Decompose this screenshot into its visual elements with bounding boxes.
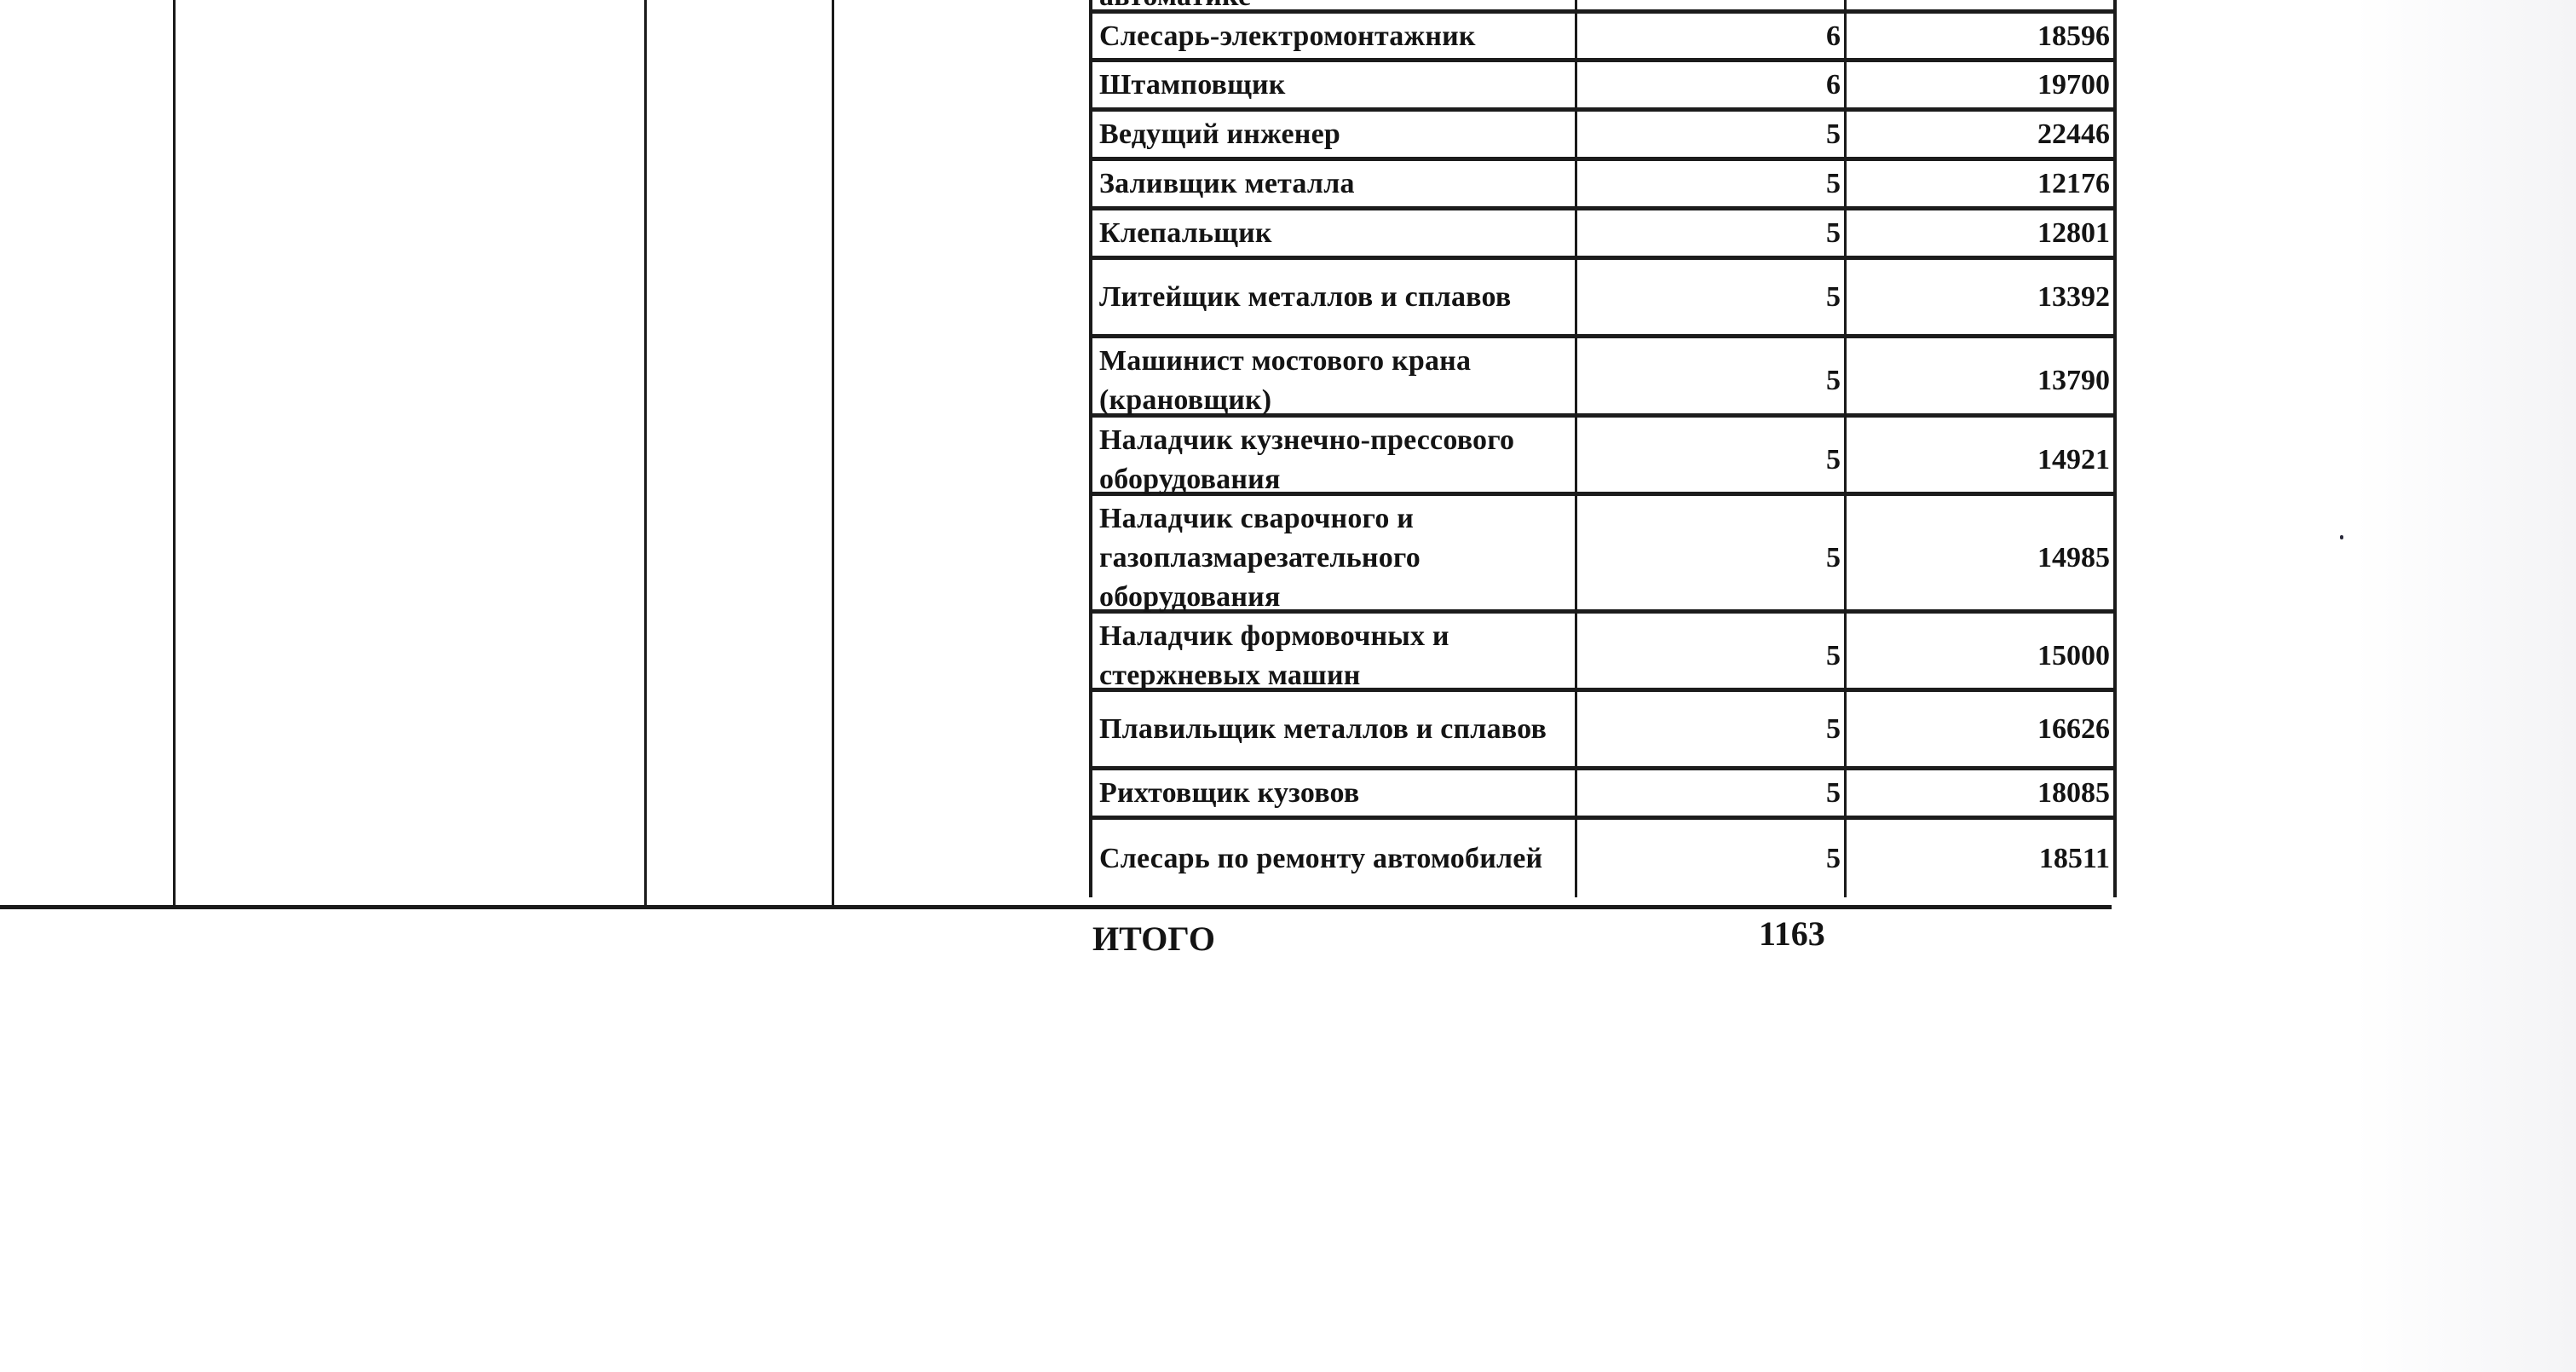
- salary-cell: 22446: [1844, 112, 2113, 158]
- table-row: Машинист мостового крана (крановщик) 5 1…: [1092, 338, 2113, 418]
- salary-cell: 14921: [1844, 418, 2113, 503]
- salary-cell: 13392: [1844, 260, 2113, 334]
- table-row: Рихтовщик кузовов 5 18085: [1092, 770, 2113, 820]
- profession-cell: Ведущий инженер: [1092, 112, 1575, 158]
- count-cell: 5: [1575, 418, 1844, 503]
- count-cell: 5: [1575, 614, 1844, 699]
- salary-cell: 12801: [1844, 210, 2113, 257]
- count-cell: 5: [1575, 210, 1844, 257]
- profession-cell: Заливщик металла: [1092, 161, 1575, 207]
- table-row: Штамповщик 6 19700: [1092, 62, 2113, 112]
- table-row: Ведущий инженер 5 22446: [1092, 112, 2113, 161]
- total-row: ИТОГО 1163: [1092, 914, 1842, 965]
- salary-cell: 15000: [1844, 614, 2113, 699]
- column-divider-3: [832, 0, 834, 907]
- table-row: Заливщик металла 5 12176: [1092, 161, 2113, 210]
- salary-cell: 14985: [1844, 496, 2113, 620]
- salary-cell: 16626: [1844, 692, 2113, 766]
- salary-cell: 18596: [1844, 14, 2113, 60]
- salary-cell: [1844, 0, 2113, 9]
- salary-cell: 18511: [1844, 820, 2113, 897]
- profession-cell: автоматике: [1092, 0, 1575, 9]
- column-divider-2: [644, 0, 647, 907]
- table-bottom-rule: [0, 905, 2112, 909]
- salary-cell: 19700: [1844, 62, 2113, 108]
- count-cell: 5: [1575, 692, 1844, 766]
- profession-cell: Машинист мостового крана (крановщик): [1092, 338, 1575, 424]
- profession-cell: Слесарь по ремонту автомобилей: [1092, 820, 1575, 897]
- profession-cell: Рихтовщик кузовов: [1092, 770, 1575, 816]
- table-row: Клепальщик 5 12801: [1092, 210, 2113, 260]
- count-cell: 6: [1575, 62, 1844, 108]
- count-cell: [1575, 0, 1844, 9]
- salary-cell: 13790: [1844, 338, 2113, 424]
- profession-cell: Штамповщик: [1092, 62, 1575, 108]
- count-cell: 5: [1575, 260, 1844, 334]
- table-row: Наладчик сварочного и газоплазмарезатель…: [1092, 496, 2113, 614]
- table-row: Слесарь-электромонтажник 6 18596: [1092, 14, 2113, 62]
- count-cell: 5: [1575, 496, 1844, 620]
- table-row: Слесарь по ремонту автомобилей 5 18511: [1092, 820, 2113, 897]
- table-row: Наладчик формовочных и стержневых машин …: [1092, 614, 2113, 692]
- scan-speck: [2340, 535, 2343, 539]
- table-row: Литейщик металлов и сплавов 5 13392: [1092, 260, 2113, 338]
- total-value: 1163: [1759, 914, 1825, 954]
- count-cell: 5: [1575, 820, 1844, 897]
- salary-cell: 18085: [1844, 770, 2113, 816]
- profession-cell: Наладчик сварочного и газоплазмарезатель…: [1092, 496, 1575, 620]
- salary-cell: 12176: [1844, 161, 2113, 207]
- table-row: Плавильщик металлов и сплавов 5 16626: [1092, 692, 2113, 770]
- profession-cell: Наладчик формовочных и стержневых машин: [1092, 614, 1575, 699]
- profession-cell: Наладчик кузнечно-прессового оборудовани…: [1092, 418, 1575, 503]
- profession-cell: Слесарь-электромонтажник: [1092, 14, 1575, 60]
- count-cell: 6: [1575, 14, 1844, 60]
- column-divider-1: [173, 0, 176, 907]
- table-row: автоматике: [1092, 0, 2113, 14]
- profession-cell: Литейщик металлов и сплавов: [1092, 260, 1575, 334]
- count-cell: 5: [1575, 338, 1844, 424]
- count-cell: 5: [1575, 161, 1844, 207]
- table-row: Наладчик кузнечно-прессового оборудовани…: [1092, 418, 2113, 496]
- total-label: ИТОГО: [1092, 919, 1215, 959]
- count-cell: 5: [1575, 112, 1844, 158]
- profession-cell: Клепальщик: [1092, 210, 1575, 257]
- profession-cell: Плавильщик металлов и сплавов: [1092, 692, 1575, 766]
- count-cell: 5: [1575, 770, 1844, 816]
- scan-page-edge-shadow: [2354, 0, 2576, 1372]
- professions-table: автоматике Слесарь-электромонтажник 6 18…: [1089, 0, 2117, 897]
